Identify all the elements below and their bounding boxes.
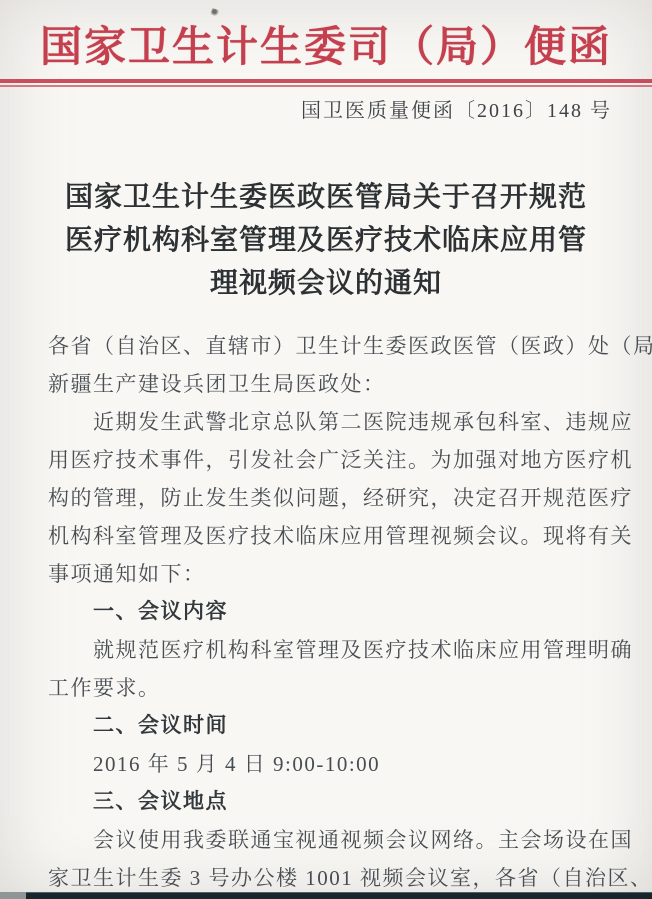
document-line: 工作要求。	[48, 669, 614, 707]
document-line: 用医疗技术事件，引发社会广泛关注。为加强对地方医疗机	[48, 441, 614, 479]
document-line: 机构科室管理及医疗技术临床应用管理视频会议。现将有关	[48, 517, 614, 555]
header-divider	[0, 79, 652, 87]
document-number: 国卫医质量便函〔2016〕148 号	[0, 98, 652, 125]
document-line: 事项通知如下：	[48, 555, 614, 593]
document-line: 新疆生产建设兵团卫生局医政处：	[48, 365, 614, 403]
scanned-document-page: 国家卫生计生委司（局）便函 国卫医质量便函〔2016〕148 号 国家卫生计生委…	[0, 0, 652, 899]
document-body: 各省（自治区、直辖市）卫生计生委医政医管（医政）处（局），新疆生产建设兵团卫生局…	[48, 327, 614, 897]
document-title-line: 国家卫生计生委医政医管局关于召开规范	[0, 175, 652, 218]
masthead-title: 国家卫生计生委司（局）便函	[0, 21, 652, 76]
document-line: 就规范医疗机构科室管理及医疗技术临床应用管理明确	[48, 631, 614, 669]
document-line: 近期发生武警北京总队第二医院违规承包科室、违规应	[48, 403, 614, 441]
document-line: 二、会议时间	[48, 707, 614, 745]
scan-speck	[210, 8, 220, 17]
document-line: 三、会议地点	[48, 783, 614, 821]
document-line: 一、会议内容	[48, 593, 614, 631]
document-title-line: 医疗机构科室管理及医疗技术临床应用管	[0, 218, 652, 261]
header-divider-thin-line	[0, 85, 652, 87]
document-line: 会议使用我委联通宝视通视频会议网络。主会场设在国	[48, 821, 614, 859]
document-title-line: 理视频会议的通知	[0, 261, 652, 304]
header-divider-thick-line	[0, 79, 652, 83]
document-line: 2016 年 5 月 4 日 9:00-10:00	[48, 745, 614, 783]
document-title: 国家卫生计生委医政医管局关于召开规范医疗机构科室管理及医疗技术临床应用管理视频会…	[0, 175, 652, 304]
bottom-bar	[0, 892, 652, 899]
bottom-bar-left-segment	[0, 892, 26, 899]
document-line: 各省（自治区、直辖市）卫生计生委医政医管（医政）处（局），	[48, 327, 614, 365]
document-line: 构的管理，防止发生类似问题，经研究，决定召开规范医疗	[48, 479, 614, 517]
